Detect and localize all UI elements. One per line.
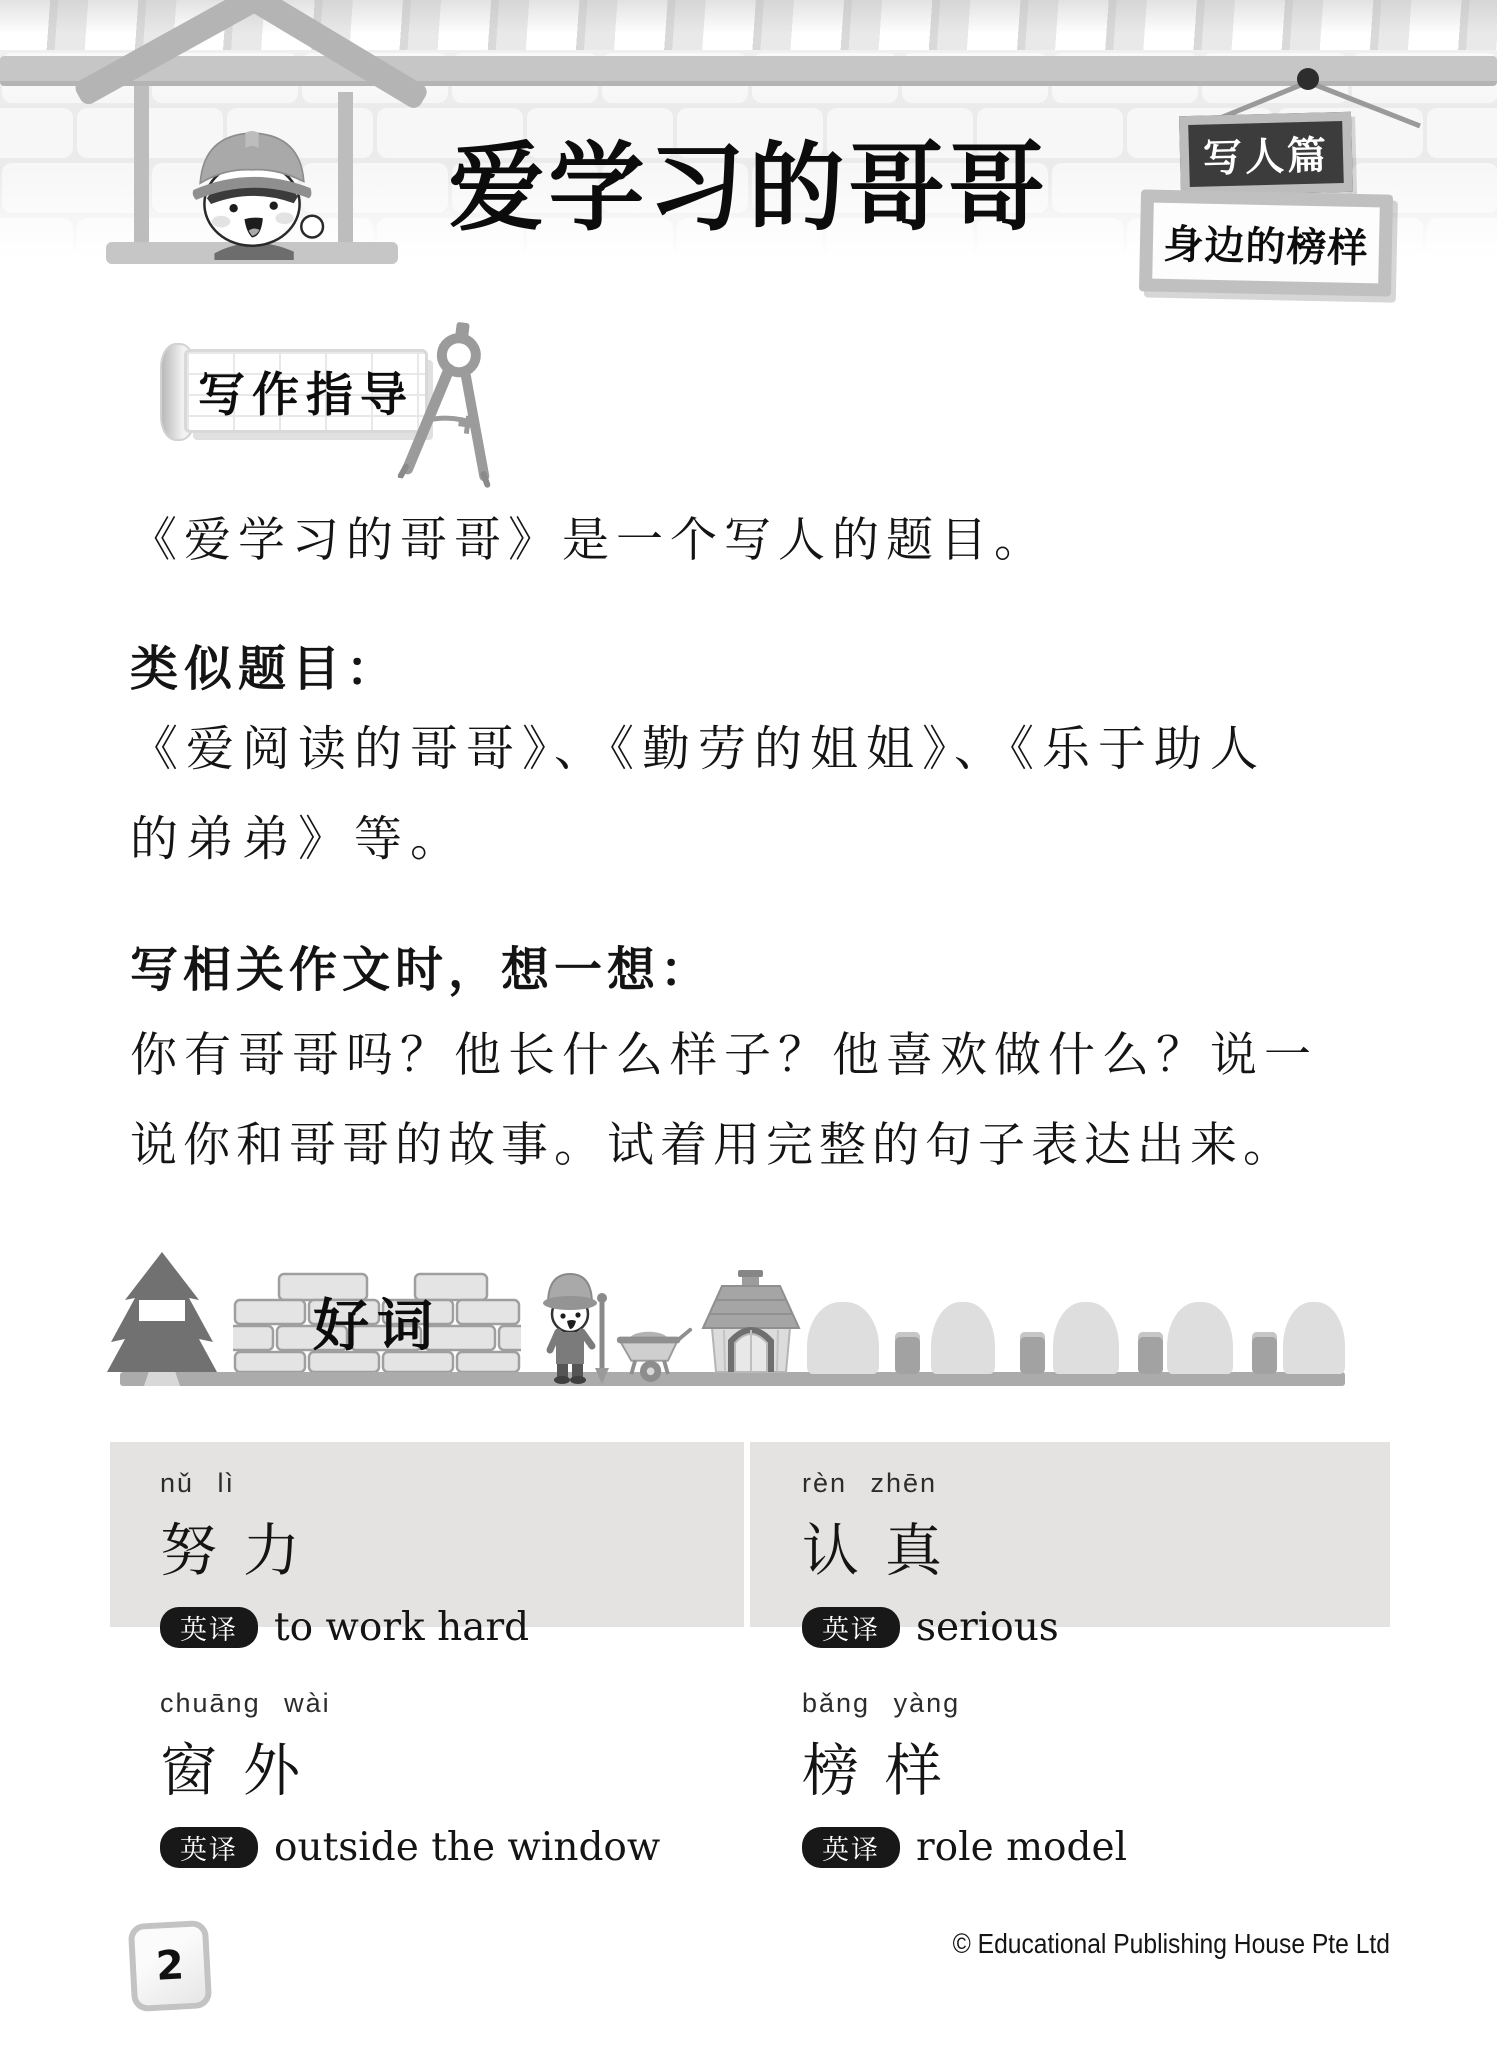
hanging-sign: 写人篇 身边的榜样: [1140, 66, 1450, 301]
badge-label: 英译: [180, 1828, 238, 1867]
stump-icon: [1138, 1332, 1163, 1374]
sign-top-label: 写人篇: [1202, 124, 1329, 183]
stump-icon: [1020, 1332, 1045, 1374]
badge-label: 英译: [180, 1608, 238, 1647]
good-words-wall: 好词: [233, 1272, 521, 1372]
bush-icon: [931, 1302, 995, 1374]
sign-bottom-panel: 身边的榜样: [1139, 189, 1393, 296]
hut-icon: [692, 1270, 810, 1374]
bush-icon: [807, 1302, 879, 1374]
workbook-page: 爱学习的哥哥 写人篇 身边的榜样 写作指导 《: [0, 0, 1497, 2048]
wheelbarrow-icon: [612, 1320, 694, 1384]
copyright-notice: © Educational Publishing House Pte Ltd: [953, 1928, 1390, 1960]
badge-label: 英译: [822, 1608, 880, 1647]
english-translation-badge: 英译: [160, 1607, 258, 1648]
think-prompt-line-1: 你有哥哥吗？他长什么样子？他喜欢做什么？说一: [130, 1018, 1318, 1085]
ground-bar: [120, 1372, 1345, 1386]
banner-plate: 写作指导: [184, 349, 428, 433]
sign-knob-icon: [1297, 68, 1319, 90]
similar-topics-line-1: 《爱阅读的哥哥》、《勤劳的姐姐》、《乐于助人: [130, 710, 1266, 779]
vocab-english: role model: [916, 1825, 1127, 1870]
vocab-card: nǔ lì 努力 英译 to work hard: [160, 1468, 760, 1650]
page-number-brick: 2: [128, 1920, 212, 2012]
vocab-word: 窗外: [160, 1725, 760, 1807]
compass-icon: [391, 316, 518, 490]
vocab-card: bǎng yàng 榜样 英译 role model: [802, 1688, 1402, 1870]
bush-icon: [1167, 1302, 1233, 1374]
sign-bottom-label: 身边的榜样: [1163, 212, 1369, 273]
bush-icon: [1283, 1302, 1345, 1374]
house-roof-right: [240, 0, 430, 111]
vocab-pinyin: rèn zhēn: [802, 1468, 1402, 1499]
stump-icon: [1252, 1332, 1277, 1374]
bush-icon: [1053, 1302, 1119, 1374]
vocab-word: 努力: [160, 1505, 760, 1587]
stump-icon: [895, 1332, 920, 1374]
english-translation-badge: 英译: [802, 1827, 900, 1868]
sign-top-panel: 写人篇: [1179, 112, 1353, 196]
good-words-label: 好词: [233, 1272, 521, 1372]
header-illustration: 爱学习的哥哥 写人篇 身边的榜样: [0, 0, 1497, 300]
page-number: 2: [155, 1942, 185, 1989]
vocab-english: serious: [916, 1605, 1059, 1650]
badge-label: 英译: [822, 1828, 880, 1867]
vocab-pinyin: chuāng wài: [160, 1688, 760, 1719]
vocab-english: to work hard: [274, 1605, 529, 1650]
section-divider-illustration: 好词: [0, 1250, 1497, 1390]
english-translation-badge: 英译: [160, 1827, 258, 1868]
vocab-word: 榜样: [802, 1725, 1402, 1807]
writing-guide-banner: 写作指导: [160, 335, 428, 447]
vocab-pinyin: nǔ lì: [160, 1468, 760, 1499]
think-prompt-line-2: 说你和哥哥的故事。试着用完整的句子表达出来。: [130, 1108, 1296, 1175]
similar-topics-line-2: 的弟弟》等。: [130, 800, 466, 869]
house-roof-left: [72, 0, 261, 107]
english-translation-badge: 英译: [802, 1607, 900, 1648]
builder-boy-icon: [528, 1270, 618, 1384]
vocab-english: outside the window: [274, 1825, 660, 1870]
vocab-card: rèn zhēn 认真 英译 serious: [802, 1468, 1402, 1650]
vocab-pinyin: bǎng yàng: [802, 1688, 1402, 1719]
pine-tree-icon: [103, 1250, 221, 1386]
writing-guide-label: 写作指导: [198, 358, 414, 425]
think-prompt-heading: 写相关作文时，想一想：: [130, 931, 713, 1000]
vocab-word: 认真: [802, 1505, 1402, 1587]
intro-sentence: 《爱学习的哥哥》是一个写人的题目。: [130, 503, 1048, 570]
vocab-card: chuāng wài 窗外 英译 outside the window: [160, 1688, 760, 1870]
similar-topics-heading: 类似题目：: [130, 630, 400, 699]
